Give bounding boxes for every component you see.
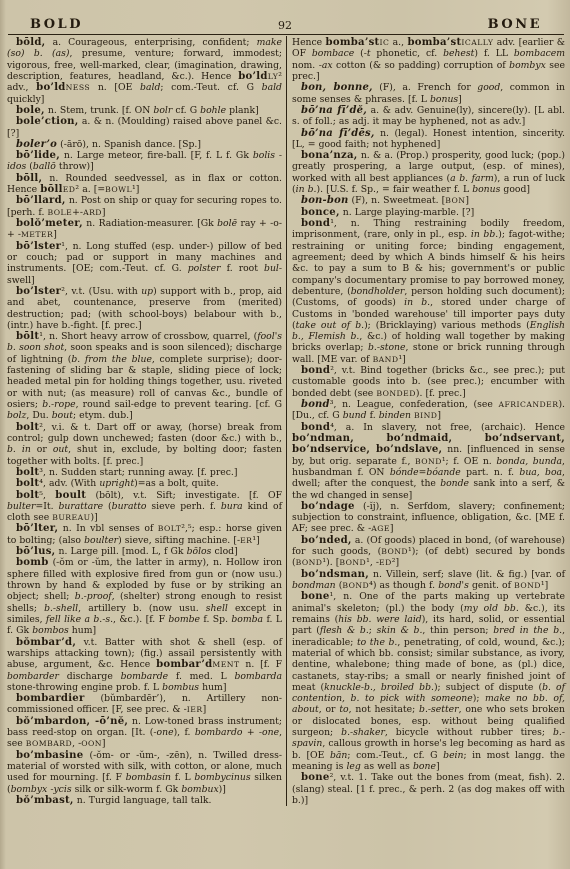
dictionary-entry: bole’ction, a. & n. (Moulding) raised ab… bbox=[7, 116, 282, 139]
dictionary-entry: bond¹, n. Thing restraining bodily freed… bbox=[292, 218, 565, 365]
header-rule bbox=[8, 34, 564, 35]
dictionary-entry: bon-bon (F), n. Sweetmeat. [BON] bbox=[292, 195, 565, 206]
dictionary-entry: bō’na fī’dĕ, a. & adv. Genuine(ly), sinc… bbox=[292, 105, 565, 128]
text-columns: bōld, a. Courageous, enterprising, confi… bbox=[7, 36, 565, 806]
dictionary-entry: bonce, n. Large playing-marble. [?] bbox=[292, 207, 565, 218]
running-head: BOLD 92 BONE bbox=[0, 0, 570, 32]
dictionary-entry: bolt⁴, adv. (With upright)=as a bolt, qu… bbox=[7, 478, 282, 489]
dictionary-entry: bombardier (bŭmbardēr’), n. Artillery no… bbox=[7, 693, 282, 716]
dictionary-entry: bō’llard, n. Post on ship or quay for se… bbox=[7, 195, 282, 218]
dictionary-entry: bomb (-ŏm or -ŭm, the latter in army), n… bbox=[7, 557, 282, 636]
dictionary-entry: bona’nza, n. & a. (Prop.) prosperity, go… bbox=[292, 150, 565, 195]
dictionary-entry: bōlt¹, n. Short heavy arrow of crossbow,… bbox=[7, 331, 282, 422]
left-column: bōld, a. Courageous, enterprising, confi… bbox=[7, 36, 286, 806]
dictionary-entry: bŏ’mbardon, -ō’nĕ, n. Low-toned brass in… bbox=[7, 716, 282, 750]
dictionary-entry: bo’ndage (-ĭj), n. Serfdom, slavery; con… bbox=[292, 501, 565, 535]
dictionary-entry: bŏmbar’d, v.t. Batter with shot & shell … bbox=[7, 637, 282, 694]
right-column: Hence bomba’stIC a., bomba’stICALLY adv.… bbox=[286, 36, 565, 806]
page-number: 92 bbox=[0, 19, 570, 32]
dictionary-entry: bō’lter, n. In vbl senses of BOLT²,⁵; es… bbox=[7, 523, 282, 546]
dictionary-entry: bō’na fī’dēs, n. (legal). Honest intenti… bbox=[292, 128, 565, 151]
dictionary-entry: bō’lide, n. Large meteor, fire-ball. [F,… bbox=[7, 150, 282, 173]
dictionary-entry: bond⁴, a. In slavery, not free, (archaic… bbox=[292, 422, 565, 501]
dictionary-entry: bŏ’mbast, n. Turgid language, tall talk. bbox=[7, 795, 282, 806]
dictionary-entry: bond², v.t. Bind together (bricks &c., s… bbox=[292, 365, 565, 399]
dictionary-entry: boler’o (-ārō), n. Spanish dance. [Sp.] bbox=[7, 139, 282, 150]
dictionary-entry: bond³, n. League, confederation, (see AF… bbox=[292, 399, 565, 422]
dictionary-entry: bo’mbasine (-ŏm- or -ŭm-, -zēn), n. Twil… bbox=[7, 750, 282, 795]
dictionary-entry: bō’lus, n. Large pill. [mod. L, f Gk bōl… bbox=[7, 546, 282, 557]
dictionary-entry: bo’ndsman, n. Villein, serf; slave (lit.… bbox=[292, 569, 565, 592]
dictionary-entry: bolt³, n. Sudden start; running away. [f… bbox=[7, 467, 282, 478]
dictionary-entry: bone², v.t. 1. Take out the bones from (… bbox=[292, 772, 565, 806]
dictionary-entry: bōll, n. Rounded seedvessel, as in flax … bbox=[7, 173, 282, 196]
dictionary-entry: bolŏ’meter, n. Radiation-measurer. [Gk b… bbox=[7, 218, 282, 241]
dictionary-page: BOLD 92 BONE bōld, a. Courageous, enterp… bbox=[0, 0, 570, 869]
dictionary-entry: bōld, a. Courageous, enterprising, confi… bbox=[7, 37, 282, 105]
dictionary-entry: bolt², v.i. & t. Dart off or away, (hors… bbox=[7, 422, 282, 467]
dictionary-entry: bole, n. Stem, trunk. [f. ON bolr cf. G … bbox=[7, 105, 282, 116]
dictionary-entry: bo’nded, a. (Of goods) placed in bond, (… bbox=[292, 535, 565, 569]
dictionary-entry: bon, bonne, (F), a. French for good, com… bbox=[292, 82, 565, 105]
dictionary-entry: bo’lster², v.t. (Usu. with up) support w… bbox=[7, 286, 282, 331]
dictionary-entry: bolt⁵, boult (bōlt), v.t. Sift; investig… bbox=[7, 490, 282, 524]
dictionary-entry: Hence bomba’stIC a., bomba’stICALLY adv.… bbox=[292, 37, 565, 82]
dictionary-entry: bō’lster¹, n. Long stuffed (esp. under-)… bbox=[7, 241, 282, 286]
dictionary-entry: bone¹, n. One of the parts making up ver… bbox=[292, 591, 565, 772]
